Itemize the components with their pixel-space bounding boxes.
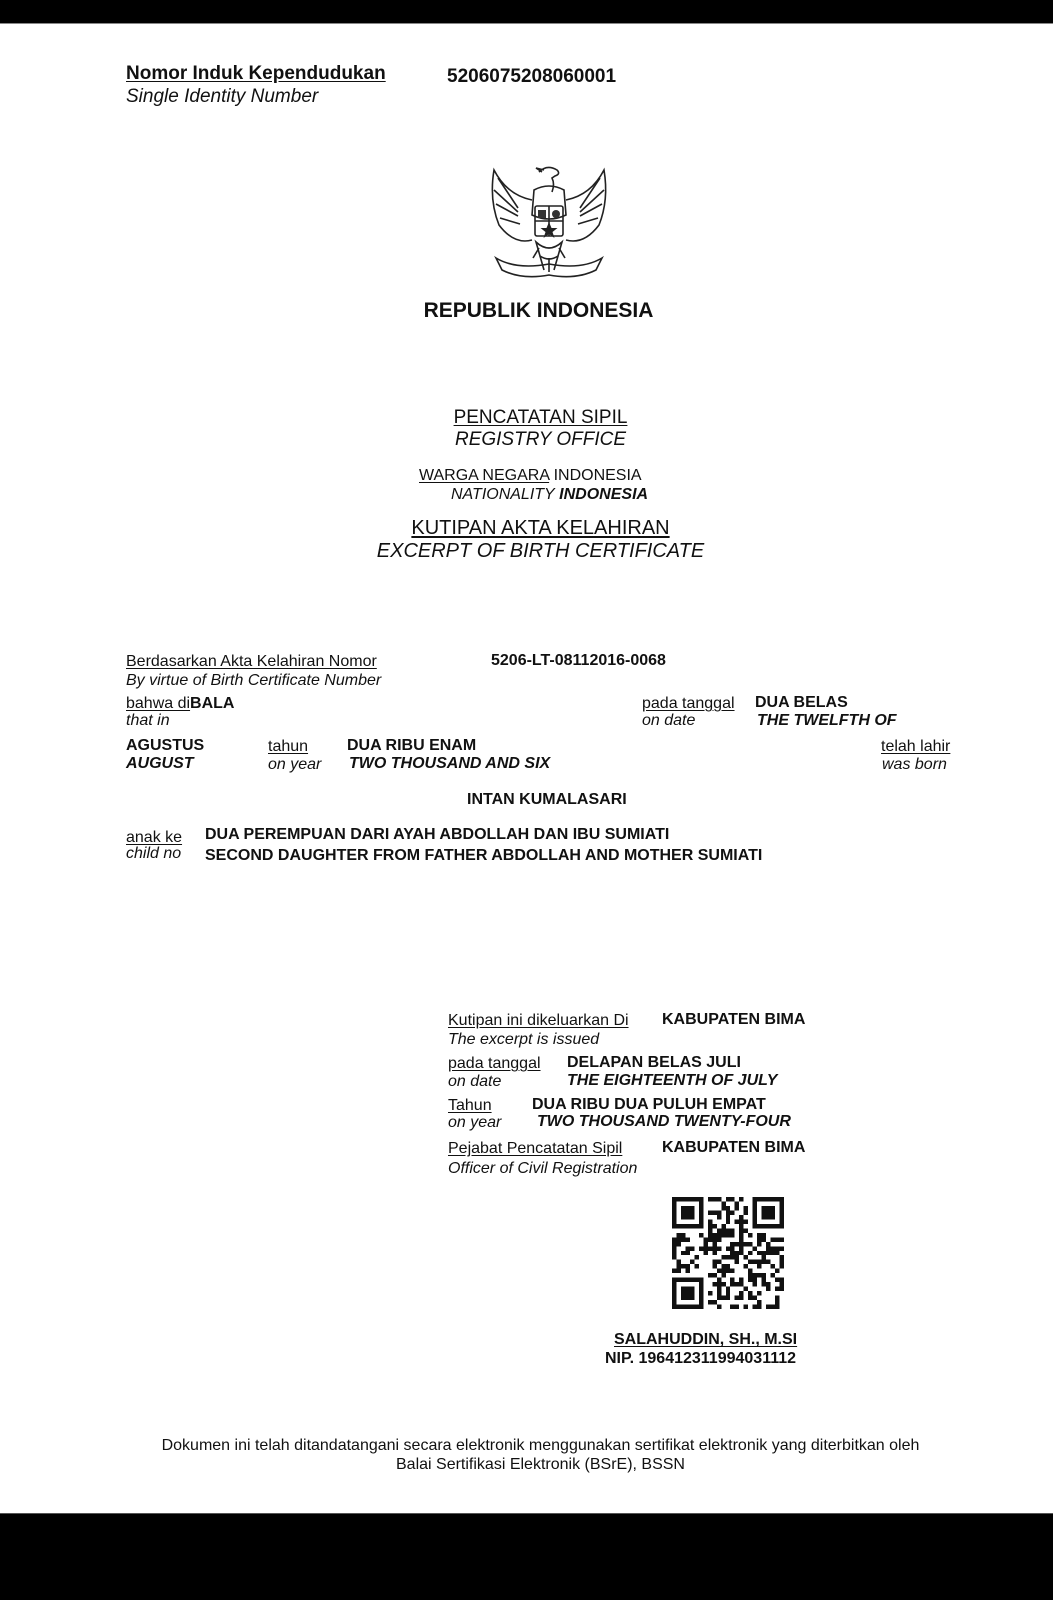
birth-year-label: tahun [268,738,308,756]
birth-date-value: DUA BELAS [755,694,848,712]
birth-month: AGUSTUS [126,737,204,755]
born-label-en: was born [882,756,947,774]
office-title-en: REGISTRY OFFICE [0,429,1053,450]
issue-year-value-en: TWO THOUSAND TWENTY-FOUR [537,1113,791,1131]
issue-date-value-en: THE EIGHTEENTH OF JULY [567,1072,777,1090]
officer-label-en: Officer of Civil Registration [448,1160,637,1178]
signatory-nip: NIP. 196412311994031112 [605,1350,796,1368]
nationality-row-en: NATIONALITY INDONESIA [451,486,648,504]
birth-place-label: bahwa di [126,695,190,712]
child-no-label-en: child no [126,845,181,863]
country-title: REPUBLIK INDONESIA [0,299,1053,323]
birth-place-value: BALA [190,695,234,712]
issue-date-label-en: on date [448,1073,501,1091]
born-label: telah lahir [881,738,950,756]
bottom-black-bar [0,1513,1053,1600]
cert-number-label-en: By virtue of Birth Certificate Number [126,672,381,690]
issued-place: KABUPATEN BIMA [662,1011,805,1029]
nationality-label-en: NATIONALITY [451,486,555,503]
cert-number-value: 5206-LT-08112016-0068 [491,652,666,670]
birth-year-label-en: on year [268,756,321,774]
officer-label: Pejabat Pencatatan Sipil [448,1140,622,1158]
garuda-pancasila-emblem-icon [484,160,614,290]
birth-year-value: DUA RIBU ENAM [347,737,476,755]
birth-place-row: bahwa diBALA [126,695,234,713]
nationality-row: WARGA NEGARA INDONESIA [419,467,642,485]
qr-code-icon [672,1197,784,1309]
document-title-en: EXCERPT OF BIRTH CERTIFICATE [0,540,1053,562]
child-no-value: DUA PEREMPUAN DARI AYAH ABDOLLAH DAN IBU… [205,826,669,844]
nationality-value-en: INDONESIA [559,486,648,503]
issued-label: Kutipan ini dikeluarkan Di [448,1012,629,1030]
office-title: PENCATATAN SIPIL [0,407,1053,428]
top-black-bar [0,0,1053,24]
document-title: KUTIPAN AKTA KELAHIRAN [0,517,1053,539]
cert-number-label: Berdasarkan Akta Kelahiran Nomor [126,653,377,671]
issue-year-value: DUA RIBU DUA PULUH EMPAT [532,1096,766,1114]
child-no-value-en: SECOND DAUGHTER FROM FATHER ABDOLLAH AND… [205,847,762,865]
issue-date-value: DELAPAN BELAS JULI [567,1054,741,1072]
nationality-value: INDONESIA [554,467,642,484]
birth-date-label: pada tanggal [642,695,735,713]
signatory-name: SALAHUDDIN, SH., M.SI [614,1331,797,1349]
birth-date-label-en: on date [642,712,695,730]
issue-year-label-en: on year [448,1114,501,1132]
child-name: INTAN KUMALASARI [467,791,627,809]
nik-value: 5206075208060001 [447,66,616,87]
nik-label-en: Single Identity Number [126,86,318,107]
footer-line-1: Dokumen ini telah ditandatangani secara … [0,1436,1053,1455]
issue-date-label: pada tanggal [448,1055,541,1073]
birth-month-en: AUGUST [126,755,194,773]
nik-label: Nomor Induk Kependudukan [126,63,386,84]
nationality-label: WARGA NEGARA [419,467,549,484]
officer-region: KABUPATEN BIMA [662,1139,805,1157]
birth-year-value-en: TWO THOUSAND AND SIX [349,755,550,773]
birth-place-label-en: that in [126,712,170,730]
issue-year-label: Tahun [448,1097,492,1115]
birth-date-value-en: THE TWELFTH OF [757,712,897,730]
issued-label-en: The excerpt is issued [448,1031,599,1049]
footer-line-2: Balai Sertifikasi Elektronik (BSrE), BSS… [0,1455,1053,1474]
